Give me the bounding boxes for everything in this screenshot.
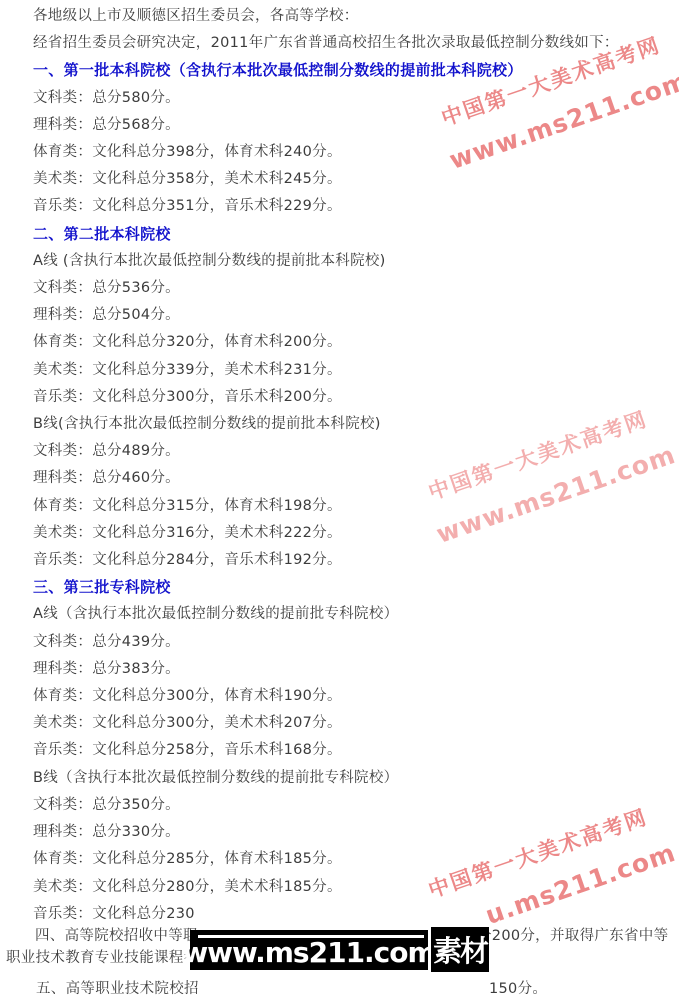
tier-b-note: B线(含执行本批次最低控制分数线的提前批本科院校) [33,416,651,432]
score-line: 理科类：总分568分。 [33,117,651,133]
score-line: 美术类：文化科总分316分，美术术科222分。 [33,525,651,541]
score-line: 音乐类：文化科总分351分，音乐术科229分。 [33,198,651,214]
score-line: 文科类：总分350分。 [33,797,651,813]
score-line: 美术类：文化科总分358分，美术术科245分。 [33,171,651,187]
watermark-bar-url: www.ms211.com [182,936,435,969]
section-2-heading: 二、第二批本科院校 [33,226,651,242]
score-line: 音乐类：文化科总分258分，音乐术科168分。 [33,742,651,758]
score-line: 理科类：总分504分。 [33,307,651,323]
section-1-heading: 一、第一批本科院校（含执行本批次最低控制分数线的提前批本科院校） [33,62,651,78]
document-page: 中国第一大美术高考网 www.ms211.com 中国第一大美术高考网 www.… [0,0,679,1008]
score-line: 文科类：总分489分。 [33,443,651,459]
watermark-material-badge: 素材 [431,927,489,972]
score-line: 音乐类：文化科总分284分，音乐术科192分。 [33,552,651,568]
score-line: 美术类：文化科总分339分，美术术科231分。 [33,362,651,378]
tier-a-note: A线 (含执行本批次最低控制分数线的提前批本科院校) [33,253,651,269]
section-3-heading: 三、第三批专科院校 [33,579,651,595]
score-line: 文科类：总分580分。 [33,90,651,106]
tier-b-note: B线（含执行本批次最低控制分数线的提前批专科院校） [33,770,651,786]
section-4-line-right: 分200分，并取得广东省中等 [477,928,668,944]
tier-a-note: A线（含执行本批次最低控制分数线的提前批专科院校） [33,606,651,622]
score-line: 体育类：文化科总分315分，体育术科198分。 [33,498,651,514]
score-line: 美术类：文化科总分300分，美术术科207分。 [33,715,651,731]
score-line: 理科类：总分383分。 [33,661,651,677]
section-4-wrap-line: 职业技术教育专业技能课程考 [6,950,198,966]
score-line: 理科类：总分330分。 [33,824,651,840]
intro-line: 各地级以上市及顺德区招生委员会，各高等学校： [33,8,651,24]
section-4-line-left: 四、高等院校招收中等职 [35,928,198,944]
score-line: 音乐类：文化科总分230 [33,906,651,922]
score-line: 文科类：总分536分。 [33,280,651,296]
score-line: 体育类：文化科总分300分，体育术科190分。 [33,688,651,704]
score-line: 理科类：总分460分。 [33,470,651,486]
score-line: 体育类：文化科总分320分，体育术科200分。 [33,334,651,350]
score-line: 体育类：文化科总分285分，体育术科185分。 [33,851,651,867]
score-line: 体育类：文化科总分398分，体育术科240分。 [33,144,651,160]
section-5-line-left: 五、高等职业技术院校招 [36,981,199,997]
watermark-bar-stripe [198,935,424,938]
score-line: 文科类：总分439分。 [33,634,651,650]
section-5-line-right: 150分。 [489,981,547,997]
score-line: 美术类：文化科总分280分，美术术科185分。 [33,879,651,895]
score-line: 音乐类：文化科总分300分，音乐术科200分。 [33,389,651,405]
document-body: 各地级以上市及顺德区招生委员会，各高等学校： 经省招生委员会研究决定，2011年… [33,8,651,933]
intro-line: 经省招生委员会研究决定，2011年广东省普通高校招生各批次录取最低控制分数线如下… [33,35,651,51]
watermark-bar: www.ms211.com [190,930,428,970]
